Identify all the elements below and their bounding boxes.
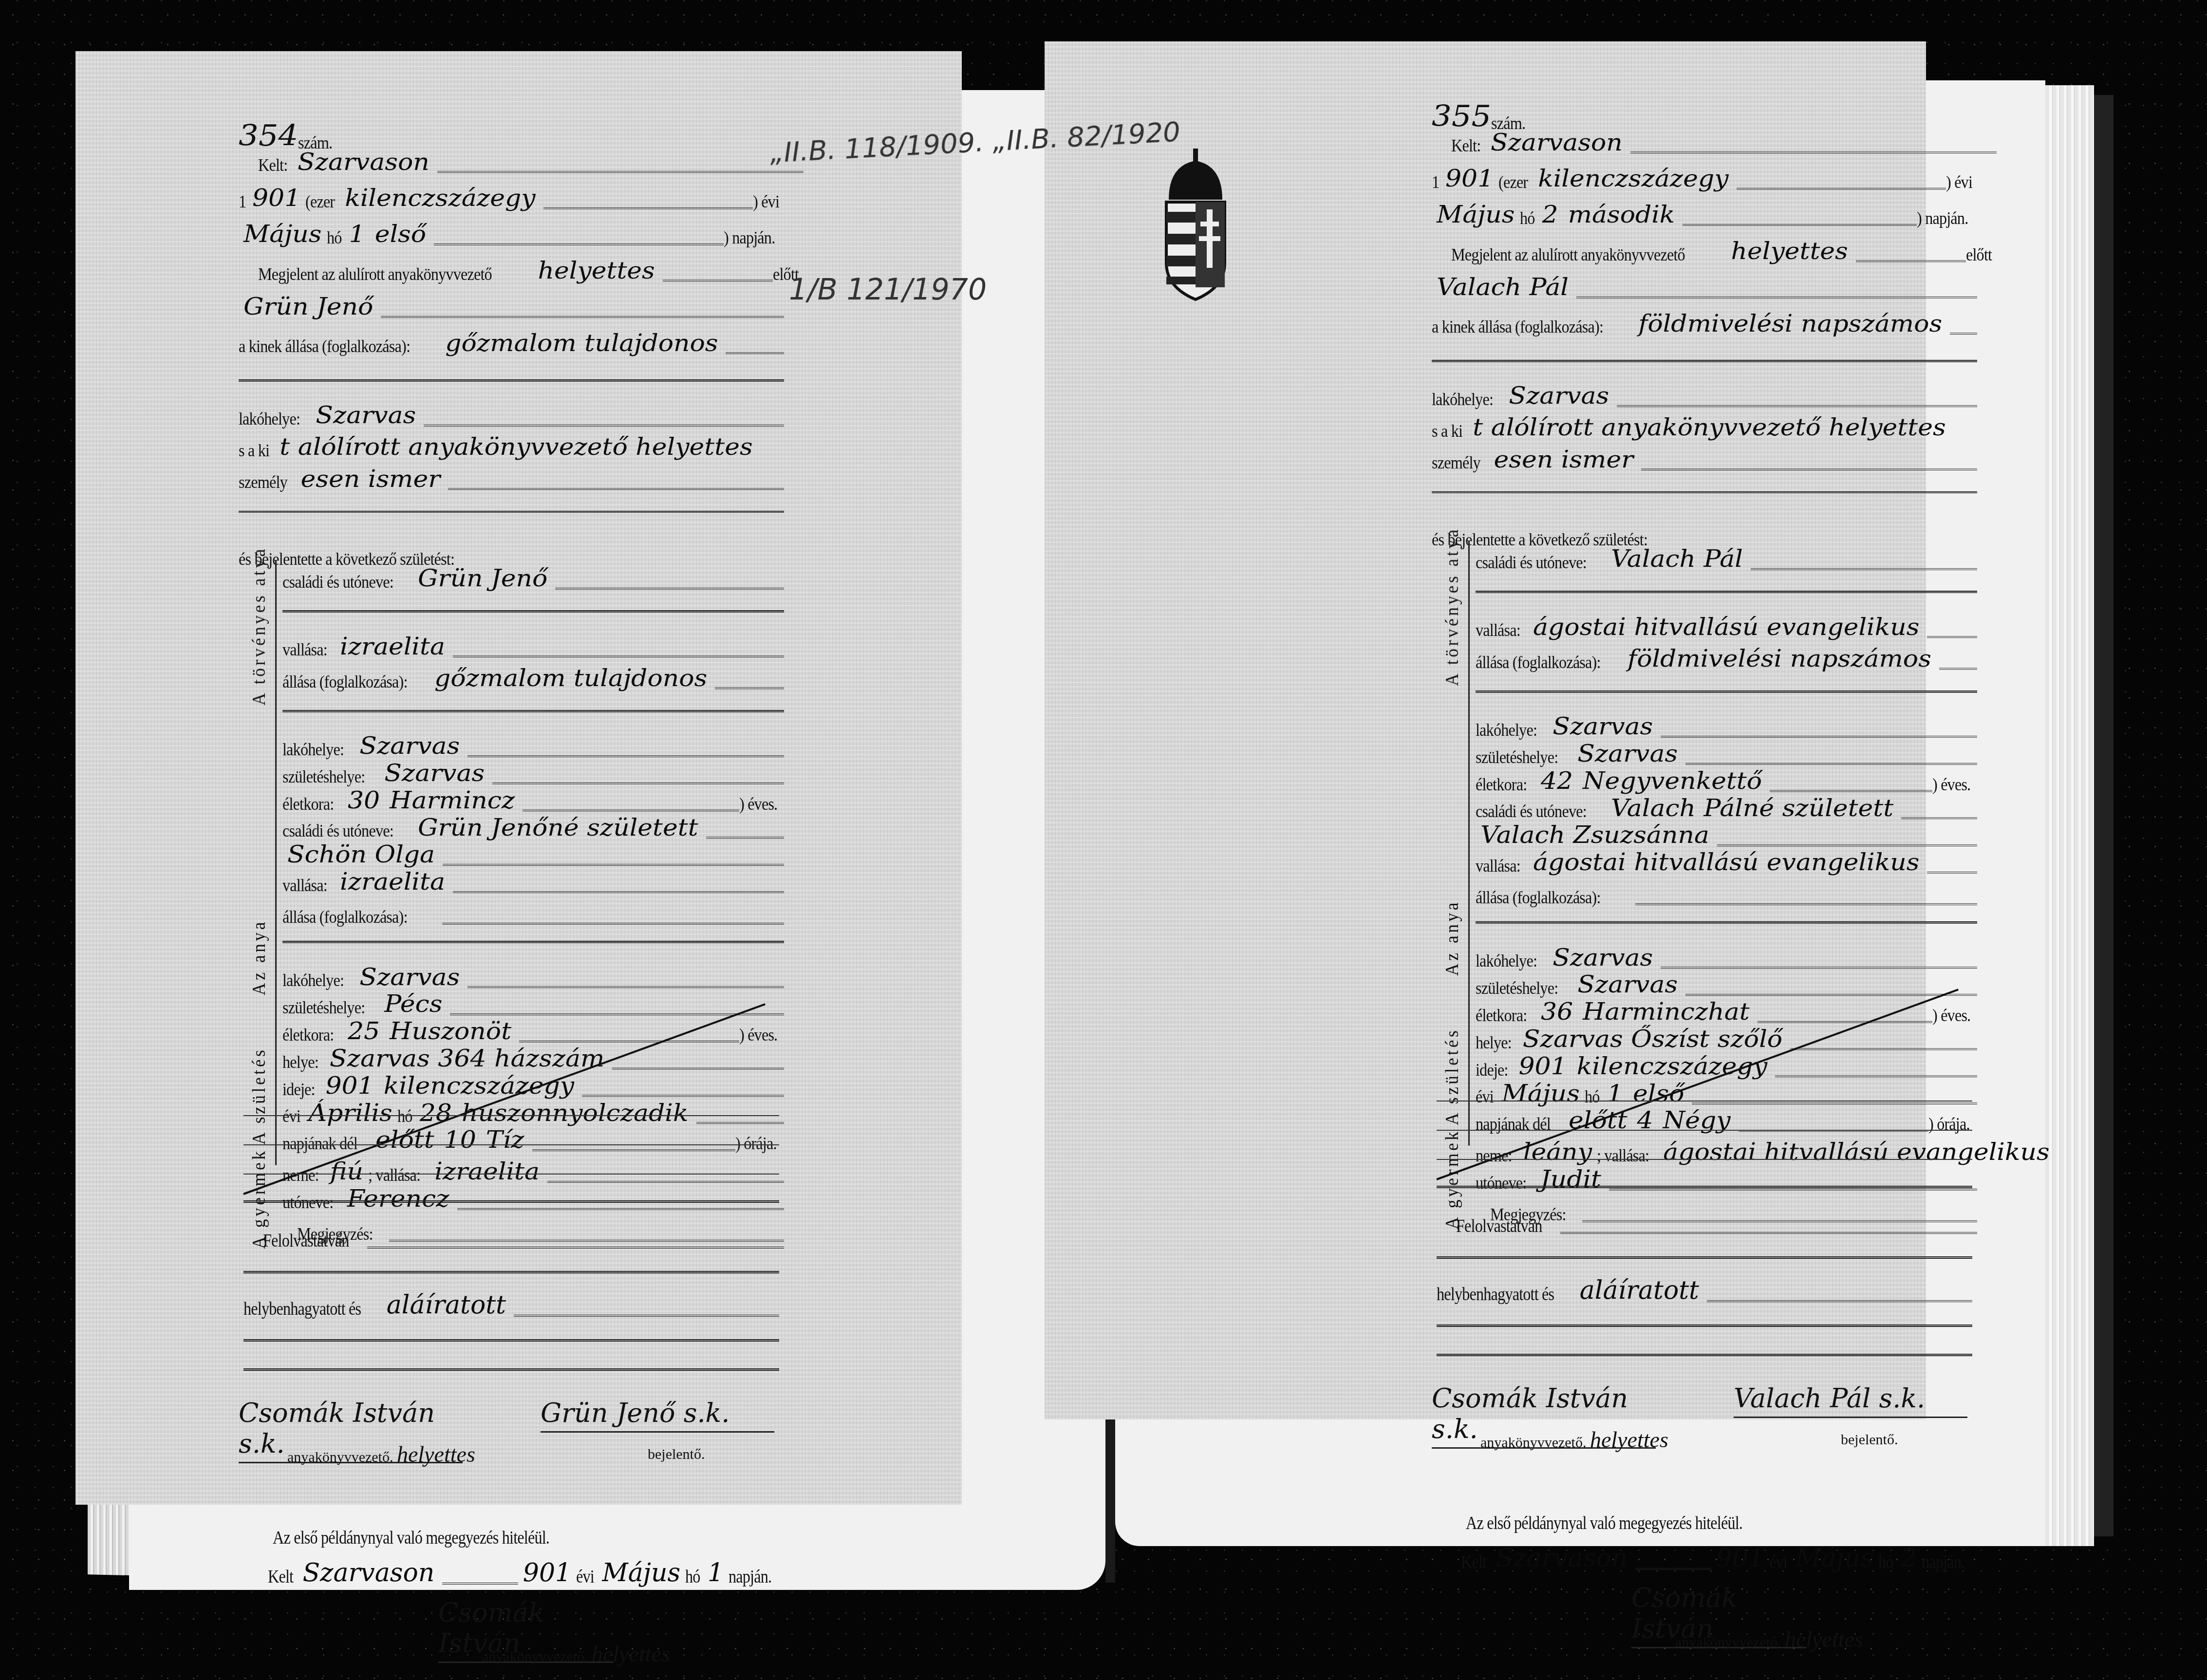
form-rule [706, 834, 784, 839]
child-sex-religion-row: neme:leány; vallása:ágostai hitvallású e… [1476, 1139, 1977, 1166]
mother-maiden-name-entry: Valach Zsuzsánna [1476, 822, 1714, 849]
field-label: hó [685, 1566, 700, 1587]
field-label: lakóhelye: [282, 740, 344, 760]
field-label: Kelt: [1451, 136, 1480, 156]
known-row: személyesen ismer [1432, 446, 1977, 473]
field-label: vallása: [1476, 621, 1520, 641]
father-religion-entry: ágostai hitvallású evangelikus [1528, 614, 1924, 641]
form-rule [1901, 815, 1977, 819]
field-label: ) éves. [1932, 1006, 1970, 1026]
form-rule [1617, 403, 1977, 407]
year-entry: 901 [247, 185, 305, 212]
section-brace [1468, 1028, 1470, 1146]
field-label: születéshelye: [282, 767, 365, 787]
coat-of-arms-icon [1159, 146, 1232, 302]
read-aloud-row: Felolvastatván [263, 1222, 784, 1251]
date-row: Májushó2második) napján. [1432, 202, 1977, 229]
form-rule [282, 610, 784, 613]
certification-label: Az első példánynyal való megegyezés hite… [273, 1527, 549, 1549]
field-label: napján. [1922, 1551, 1964, 1573]
form-rule [1437, 1159, 1972, 1160]
year-row: 1901(ezerkilenczszázegy) évi [239, 185, 784, 212]
cert-year-entry: 901 [1711, 1544, 1769, 1573]
form-rule [1790, 1045, 1977, 1050]
birth-year-entry: 901 [1514, 1053, 1571, 1080]
registrar-caption-text: anyakönyvvezető. [287, 1449, 393, 1465]
field-label: személy [1432, 453, 1480, 473]
form-rule [457, 1205, 784, 1210]
field-label: évi [1769, 1551, 1787, 1573]
field-label: ) évi [1946, 172, 1972, 192]
father-occupation-row: állása (foglalkozása):földmivelési napsz… [1476, 645, 1977, 672]
father-age-entry: 30 [343, 787, 385, 814]
section-brace [1468, 541, 1470, 795]
form-rule [1432, 360, 1977, 362]
mother-occupation-row: állása (foglalkozása): [282, 900, 784, 928]
form-rule [239, 379, 784, 382]
form-rule [434, 241, 724, 245]
mother-maiden-name-entry: Schön Olga [282, 841, 440, 869]
field-label: helybenhagyatott és [1437, 1284, 1554, 1305]
year-words-entry: kilenczszázegy [1533, 165, 1733, 192]
field-label: állása (foglalkozása): [282, 672, 408, 692]
form-rule [1635, 901, 1977, 905]
father-religion-row: vallása:izraelita [282, 633, 784, 660]
field-label: születéshelye: [1476, 978, 1558, 998]
child-sex-entry: leány [1518, 1139, 1597, 1166]
mother-religion-row: vallása:izraelita [282, 869, 784, 896]
known-row: személyesen ismer [239, 466, 784, 493]
form-rule [492, 780, 784, 784]
father-name-row: családi és utóneve:Grün Jenő [282, 565, 784, 592]
field-label: családi és utóneve: [1476, 802, 1587, 822]
certification-text: Az első példánynyal való megegyezés hite… [273, 1524, 598, 1549]
field-label: életkora: [1476, 1006, 1527, 1026]
field-label: hó [397, 1107, 412, 1127]
birth-day-words-entry: első [1628, 1080, 1689, 1107]
child-sex-religion-row: neme:fiú; vallása:izraelita [282, 1158, 784, 1186]
registrar-caption: anyakönyvvezető. helyettes [287, 1441, 475, 1467]
father-religion-entry: izraelita [335, 633, 450, 660]
form-rule [715, 685, 784, 689]
mother-name-entry: Grün Jenőné született [413, 814, 703, 841]
form-rule [1437, 1325, 1972, 1327]
year-row: 1901(ezerkilenczszázegy) évi [1432, 165, 1977, 192]
mother-section-label: Az anya [248, 919, 270, 995]
form-rule [367, 1244, 784, 1249]
form-rule [443, 861, 784, 866]
field-label: életkora: [282, 1025, 334, 1045]
mother-maiden-name-row: Valach Zsuzsánna [1476, 822, 1977, 849]
certification-date-row: KeltSzarvason 901évi Májushó 2napján. [1461, 1544, 1972, 1573]
field-label: lakóhelye: [282, 971, 344, 991]
kelt-row: Kelt:Szarvason [1451, 129, 1997, 156]
child-religion-entry: izraelita [430, 1158, 544, 1186]
father-birthplace-entry: Szarvas [1572, 740, 1683, 767]
declarant-entry: Valach Pál [1432, 274, 1573, 301]
form-rule [243, 1144, 779, 1145]
mother-occupation-row: állása (foglalkozása): [1476, 881, 1977, 908]
birth-time-prefix-entry: előtt [371, 1127, 439, 1154]
field-label: Kelt [268, 1566, 293, 1587]
form-rule [453, 888, 784, 893]
field-label: lakóhelye: [239, 409, 300, 429]
cert-month-entry: Május [598, 1558, 686, 1587]
form-rule [424, 422, 784, 427]
field-label: lakóhelye: [1476, 952, 1537, 971]
form-rule [1432, 491, 1977, 494]
approved-signed-row: helybenhagyatott ésaláíratott [243, 1290, 779, 1320]
birth-place-entry: Szarvas 364 házszám [325, 1045, 610, 1072]
form-rule [1927, 869, 1977, 873]
signed-entry: aláíratott [382, 1290, 511, 1320]
birth-hour-words-entry: Tíz [481, 1127, 529, 1154]
cert-role-handwritten: helyettes [592, 1642, 670, 1666]
form-rule [1476, 691, 1977, 693]
father-name-row: családi és utóneve:Valach Pál [1476, 545, 1977, 573]
field-label: életkora: [282, 794, 334, 814]
cert-place-entry: Szarvason [298, 1558, 439, 1587]
field-label: Kelt [1461, 1551, 1486, 1573]
form-rule [282, 941, 784, 943]
father-age-words-entry: Negyvenkettő [1578, 767, 1767, 795]
form-rule [243, 1174, 779, 1175]
form-rule [1661, 964, 1977, 969]
day-words-entry: második [1563, 202, 1680, 229]
field-label: ; vallása: [1597, 1146, 1649, 1166]
mother-residence-entry: Szarvas [1548, 944, 1658, 971]
field-label: ideje: [1476, 1060, 1508, 1080]
registrar-role-handwritten: helyettes [1590, 1427, 1668, 1452]
known-suffix-entry: esen ismer [1489, 446, 1639, 473]
field-label: Megjelent az alulírott anyakönyvvezető [258, 264, 492, 284]
father-occupation-row: állása (foglalkozása):gőzmalom tulajdono… [282, 665, 784, 692]
mother-age-row: életkora:25Huszonöt) éves. [282, 1018, 784, 1045]
father-residence-entry: Szarvas [1548, 713, 1658, 741]
field-label: ) éves. [739, 794, 777, 814]
birth-place-entry: Szarvas Őszíst szőlő [1518, 1026, 1787, 1053]
registrar-row: Megjelent az alulírott anyakönyvvezetőhe… [258, 257, 804, 284]
field-label: családi és utóneve: [282, 572, 393, 592]
father-name-entry: Valach Pál [1606, 545, 1748, 573]
field-label: évi [1476, 1087, 1494, 1107]
form-rule [243, 1271, 779, 1273]
day-entry: 1 [344, 221, 370, 248]
form-rule [582, 1092, 784, 1097]
mother-age-entry: 36 [1536, 998, 1578, 1026]
form-rule [1437, 1186, 1972, 1188]
form-rule [547, 1178, 784, 1183]
month-entry: Május [239, 221, 327, 248]
declarant-residence-row: lakóhelye:Szarvas [1432, 383, 1977, 410]
field-label: évi [576, 1566, 594, 1587]
declarant-caption: bejelentő. [1841, 1432, 1898, 1448]
father-residence-entry: Szarvas [355, 733, 465, 760]
cert-role-handwritten: helyettes [1785, 1627, 1863, 1652]
mother-name-entry: Valach Pálné született [1606, 795, 1898, 822]
form-rule [448, 485, 784, 490]
birth-month-entry: Május [1496, 1080, 1585, 1107]
year-words-entry: kilenczszázegy [340, 185, 540, 212]
field-label: születéshelye: [1476, 747, 1558, 767]
mother-residence-row: lakóhelye:Szarvas [1476, 944, 1977, 971]
form-rule [1437, 1256, 1972, 1259]
field-label: a kinek állása (foglalkozása): [239, 337, 410, 357]
father-name-entry: Grün Jenő [413, 565, 552, 592]
known-by-entry: t alólírott anyakönyvvezető helyettes [275, 434, 757, 461]
birth-year-words-entry: kilenczszázegy [1572, 1053, 1772, 1080]
father-age-entry: 42 [1536, 767, 1578, 795]
birth-section-label: A születés [248, 1047, 270, 1145]
field-label: állása (foglalkozása): [1476, 653, 1601, 672]
form-rule [1661, 733, 1977, 737]
registrar-caption: anyakönyvvezető. helyettes [1480, 1427, 1668, 1453]
declarant-residence-row: lakóhelye:Szarvas [239, 402, 784, 429]
field-label: (ezer [1498, 172, 1528, 192]
form-rule [243, 1339, 779, 1342]
form-rule [1560, 1229, 1977, 1234]
cert-caption-text: anyakönyvvezető. [1675, 1634, 1781, 1650]
field-label: hó [1878, 1551, 1893, 1573]
field-label: hó [327, 228, 342, 248]
declarant-signature: Valach Pál s.k. [1734, 1383, 1967, 1418]
field-label: ) órája. [735, 1134, 777, 1154]
cert-day-entry: 1 [703, 1558, 729, 1587]
father-birthplace-row: születéshelye:Szarvas [1476, 740, 1977, 767]
form-rule [519, 1038, 739, 1042]
date-row: Májushó1első) napján. [239, 221, 784, 248]
mother-birthplace-row: születéshelye:Szarvas [1476, 971, 1977, 999]
approved-signed-row: helybenhagyatott ésaláíratott [1437, 1276, 1972, 1305]
child-religion-entry: ágostai hitvallású evangelikus [1658, 1139, 2054, 1166]
field-label: életkora: [1476, 775, 1527, 795]
father-age-words-entry: Harmincz [385, 787, 520, 814]
father-section-label: A törvényes atya [248, 546, 270, 706]
father-age-row: életkora:30Harmincz) éves. [282, 787, 784, 814]
field-label: ) órája. [1928, 1114, 1970, 1134]
read-aloud-row: Felolvastatván [1456, 1208, 1977, 1237]
form-rule [1856, 258, 1966, 262]
mother-birthplace-entry: Szarvas [1572, 971, 1683, 999]
field-label: családi és utóneve: [1476, 553, 1587, 573]
section-brace [1468, 795, 1470, 1030]
form-rule [1635, 1565, 1711, 1570]
mother-name-row: családi és utóneve:Valach Pálné születet… [1476, 795, 1977, 822]
certification-caption: anyakönyvvezető. helyettes [1675, 1626, 1863, 1652]
field-label: s a ki [1432, 422, 1462, 442]
birth-year-row: ideje:901kilenczszázegy [282, 1072, 784, 1100]
form-rule [1927, 634, 1977, 638]
mother-birthplace-row: születéshelye:Pécs [282, 991, 784, 1018]
known-by-row: s a kit alólírott anyakönyvvezető helyet… [239, 434, 784, 461]
form-rule [514, 1312, 779, 1317]
form-rule [1437, 1354, 1972, 1356]
mother-age-entry: 25 [343, 1018, 385, 1045]
birth-date-row: éviMájushó1első [1476, 1080, 1977, 1107]
form-rule [1758, 1018, 1932, 1023]
field-label: Felolvastatván [1456, 1215, 1542, 1237]
occupation-entry: gőzmalom tulajdonos [440, 330, 723, 357]
mother-residence-row: lakóhelye:Szarvas [282, 964, 784, 991]
child-name-row: utóneve:Ferencz [282, 1186, 784, 1213]
father-section-label: A törvényes atya [1441, 527, 1463, 686]
form-rule [1939, 665, 1977, 670]
field-label: a kinek állása (foglalkozása): [1432, 317, 1603, 337]
declarant-occupation-row: a kinek állása (foglalkozása):gőzmalom t… [239, 330, 784, 357]
field-label: születéshelye: [282, 998, 365, 1018]
mother-age-words-entry: Harminczhat [1578, 998, 1755, 1026]
day-entry: 2 [1537, 202, 1563, 229]
field-label: 1 [1432, 172, 1439, 192]
mother-birthplace-entry: Pécs [379, 991, 447, 1018]
form-rule [1707, 1297, 1972, 1302]
field-label: hó [1520, 208, 1535, 228]
form-rule [1476, 921, 1977, 924]
form-rule [453, 653, 784, 657]
known-by-entry: t alólírott anyakönyvvezető helyettes [1468, 414, 1950, 442]
form-rule [1775, 1073, 1977, 1077]
form-rule [1685, 991, 1977, 996]
father-age-row: életkora:42Negyvenkettő) éves. [1476, 767, 1977, 795]
certification-caption: anyakönyvvezető. helyettes [482, 1641, 670, 1667]
cert-place-entry: Szarvason [1491, 1544, 1632, 1573]
form-rule [243, 1115, 779, 1116]
field-label: családi és utóneve: [282, 821, 393, 841]
form-rule [442, 920, 784, 925]
place-entry: Szarvason [1486, 129, 1627, 156]
form-rule [543, 205, 753, 209]
form-rule [1950, 330, 1977, 335]
field-label: helye: [282, 1052, 318, 1072]
declarant-entry: Grün Jenő [239, 293, 378, 320]
section-brace [275, 560, 277, 814]
form-rule [437, 168, 804, 173]
book-cover-right [2094, 95, 2113, 1536]
field-label: (ezer [305, 192, 335, 212]
field-label: 1 [239, 192, 246, 212]
field-label: lakóhelye: [1476, 720, 1537, 740]
kelt-row: Kelt:Szarvason [258, 149, 804, 176]
field-label: ) napján. [1917, 208, 1968, 228]
field-label: vallása: [282, 876, 327, 896]
birth-date-row: éviÁprilishó28huszonnyolczadik [282, 1100, 784, 1127]
form-rule [468, 752, 784, 757]
signed-entry: aláíratott [1575, 1276, 1704, 1305]
form-rule [696, 1120, 784, 1124]
cert-year-entry: 901 [518, 1558, 576, 1587]
form-rule [381, 313, 784, 317]
field-label: előtt [1966, 245, 1992, 265]
record-number-value: 354 [239, 119, 298, 153]
birth-place-row: helye:Szarvas Őszíst szőlő [1476, 1026, 1977, 1053]
field-label: lakóhelye: [1432, 390, 1493, 410]
mother-residence-entry: Szarvas [355, 964, 465, 991]
field-label: napjának dél [282, 1134, 357, 1154]
birth-year-words-entry: kilenczszázegy [379, 1072, 579, 1100]
declarant-row: Grün Jenő [239, 293, 784, 320]
father-birthplace-entry: Szarvas [379, 760, 489, 787]
form-rule [1685, 760, 1977, 765]
form-rule [1476, 591, 1977, 593]
form-rule [1437, 1130, 1972, 1131]
known-suffix-entry: esen ismer [296, 466, 446, 493]
form-rule [442, 1580, 518, 1585]
child-name-entry: Judit [1535, 1166, 1606, 1194]
form-rule [1641, 466, 1977, 470]
birth-hour-row: napjának délelőtt10Tíz) órája. [282, 1127, 784, 1154]
form-rule [1437, 1101, 1972, 1101]
residence-entry: Szarvas [1504, 383, 1614, 410]
form-rule [726, 350, 784, 354]
field-label: helybenhagyatott és [243, 1298, 361, 1320]
month-entry: Május [1432, 202, 1520, 229]
form-rule [1737, 185, 1946, 189]
mother-age-row: életkora:36Harminczhat) éves. [1476, 998, 1977, 1026]
birth-year-entry: 901 [320, 1072, 378, 1100]
father-occupation-entry: földmivelési napszámos [1623, 645, 1936, 672]
day-words-entry: első [370, 221, 431, 248]
birth-place-row: helye:Szarvas 364 házszám [282, 1045, 784, 1072]
declarant-row: Valach Pál [1432, 274, 1977, 301]
father-birthplace-row: születéshelye:Szarvas [282, 760, 784, 787]
field-label: napján. [729, 1566, 771, 1587]
form-rule [523, 807, 739, 811]
form-rule [282, 710, 784, 712]
form-rule [1576, 294, 1977, 298]
declarant-caption: bejelentő. [648, 1446, 705, 1463]
field-label: ) éves. [1932, 775, 1970, 795]
mother-religion-row: vallása:ágostai hitvallású evangelikus [1476, 849, 1977, 877]
field-label: állása (foglalkozása): [1476, 888, 1601, 908]
form-rule [243, 1368, 779, 1371]
margin-annotation-mid: 1/B 121/1970 [789, 273, 987, 307]
certification-date-row: KeltSzarvason 901évi Májushó 1napján. [268, 1558, 779, 1587]
place-entry: Szarvason [293, 149, 434, 176]
mother-maiden-name-row: Schön Olga [282, 841, 784, 869]
field-label: s a ki [239, 441, 269, 461]
form-rule [663, 277, 773, 281]
form-rule [239, 511, 784, 513]
registrar-role-entry: helyettes [1726, 238, 1853, 265]
registrar-role-entry: helyettes [533, 257, 660, 284]
residence-entry: Szarvas [311, 402, 421, 429]
child-name-entry: Ferencz [342, 1186, 454, 1213]
form-rule [1683, 222, 1917, 226]
child-name-row: utóneve:Judit [1476, 1166, 1977, 1194]
field-label: ) éves. [739, 1025, 777, 1045]
cert-month-entry: Május [1791, 1544, 1879, 1573]
birth-section-label: A születés [1441, 1028, 1463, 1125]
form-rule [1717, 842, 1977, 846]
form-rule [1751, 565, 1977, 570]
birth-hour-entry: 10 [439, 1127, 481, 1154]
known-by-row: s a kit alólírott anyakönyvvezető helyet… [1432, 414, 1977, 442]
field-label: Megjelent az alulírott anyakönyvvezető [1451, 245, 1685, 265]
father-residence-row: lakóhelye:Szarvas [282, 733, 784, 760]
field-label: ) napján. [724, 228, 775, 248]
field-label: utóneve: [1476, 1173, 1526, 1193]
declarant-signature: Grün Jenő s.k. [541, 1398, 774, 1433]
field-label: vallása: [1476, 856, 1520, 876]
record-number-value: 355 [1432, 100, 1491, 133]
certification-text: Az első példánynyal való megegyezés hite… [1466, 1510, 1791, 1534]
cert-caption-text: anyakönyvvezető. [482, 1649, 588, 1665]
mother-section-label: Az anya [1441, 900, 1463, 976]
father-occupation-entry: gőzmalom tulajdonos [430, 665, 712, 692]
page-stack-right [2045, 85, 2094, 1546]
field-label: vallása: [282, 640, 327, 660]
registrar-role-handwritten: helyettes [397, 1442, 475, 1467]
